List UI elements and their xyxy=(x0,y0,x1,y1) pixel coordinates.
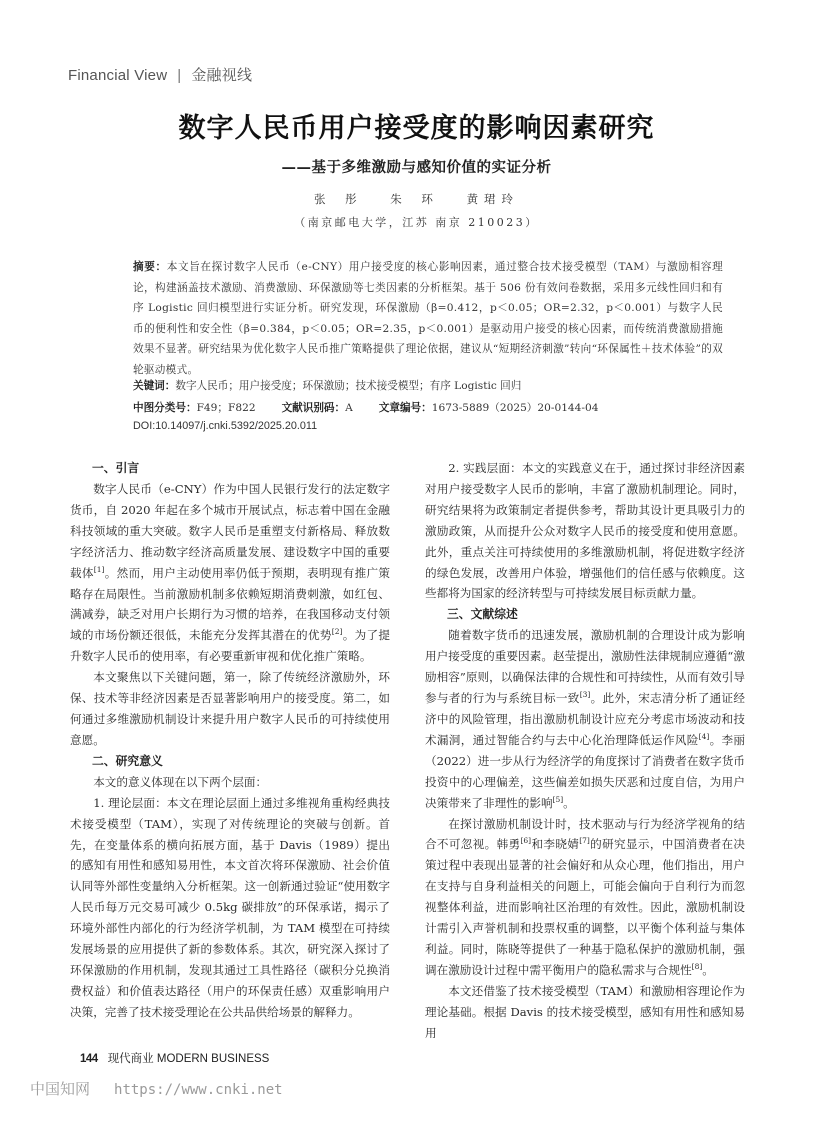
paragraph: 数字人民币（e-CNY）作为中国人民银行发行的法定数字货币，自 2020 年起在… xyxy=(70,479,390,667)
paragraph: 本文聚焦以下关键问题，第一，除了传统经济激励外，环保、技术等非经济因素是否显著影… xyxy=(70,667,390,751)
paragraph: 2. 实践层面：本文的实践意义在于，通过探讨非经济因素对用户接受数字人民币的影响… xyxy=(425,458,745,604)
paragraph: 本文还借鉴了技术接受模型（TAM）和激励相容理论作为理论基础。根据 Davis … xyxy=(425,981,745,1044)
article-no-label: 文章编号： xyxy=(379,402,432,414)
citation: [1] xyxy=(94,565,105,574)
body-column-right: 2. 实践层面：本文的实践意义在于，通过探讨非经济因素对用户接受数字人民币的影响… xyxy=(425,458,745,1043)
citation: [6] xyxy=(520,837,531,846)
citation: [5] xyxy=(553,795,564,804)
citation: [4] xyxy=(699,732,710,741)
abstract-label: 摘要： xyxy=(133,261,167,273)
keywords-text: 数字人民币；用户接受度；环保激励；技术接受模型；有序 Logistic 回归 xyxy=(175,380,521,392)
author: 黄珺玲 xyxy=(467,192,520,206)
citation: [2] xyxy=(332,627,343,636)
section-header: Financial View|金融视线 xyxy=(68,64,252,85)
clc-value: F49；F822 xyxy=(197,402,256,414)
body-column-left: 一、引言 数字人民币（e-CNY）作为中国人民银行发行的法定数字货币，自 202… xyxy=(70,458,390,1023)
article-title: 数字人民币用户接受度的影响因素研究 xyxy=(0,106,833,145)
section-name-cn: 金融视线 xyxy=(191,67,252,84)
section-name-en: Financial View xyxy=(68,67,167,84)
classification-line: 中图分类号：F49；F822文献识别码：A文章编号：1673-5889（2025… xyxy=(133,400,723,415)
section-heading: 二、研究意义 xyxy=(70,751,390,772)
clc-label: 中图分类号： xyxy=(133,402,197,414)
section-heading: 一、引言 xyxy=(70,458,390,479)
keywords-label: 关键词： xyxy=(133,380,175,392)
doc-code-value: A xyxy=(345,402,353,414)
keywords: 关键词：数字人民币；用户接受度；环保激励；技术接受模型；有序 Logistic … xyxy=(133,378,723,393)
citation: [8] xyxy=(692,962,703,971)
author: 朱 环 xyxy=(390,192,439,206)
citation: [3] xyxy=(580,690,591,699)
header-separator: | xyxy=(177,67,181,84)
watermark-site: 中国知网 xyxy=(30,1080,90,1098)
paragraph: 在探讨激励机制设计时，技术驱动与行为经济学视角的结合不可忽视。韩勇[6]和李晓婧… xyxy=(425,814,745,981)
abstract-text: 本文旨在探讨数字人民币（e-CNY）用户接受度的核心影响因素，通过整合技术接受模… xyxy=(133,261,723,376)
page-footer: 144现代商业 MODERN BUSINESS xyxy=(80,1050,269,1066)
abstract: 摘要：本文旨在探讨数字人民币（e-CNY）用户接受度的核心影响因素，通过整合技术… xyxy=(133,257,723,380)
author: 张 彤 xyxy=(314,192,363,206)
doc-code-label: 文献识别码： xyxy=(282,402,346,414)
page-number: 144 xyxy=(80,1053,98,1065)
journal-name: 现代商业 MODERN BUSINESS xyxy=(108,1053,270,1065)
paragraph: 本文的意义体现在以下两个层面： xyxy=(70,772,390,793)
affiliation: （南京邮电大学，江苏 南京 210023） xyxy=(0,214,833,230)
doi: DOI:10.14097/j.cnki.5392/2025.20.011 xyxy=(133,420,723,432)
author-list: 张 彤 朱 环 黄珺玲 xyxy=(0,191,833,207)
article-subtitle: ——基于多维激励与感知价值的实证分析 xyxy=(0,156,833,177)
watermark-url: https://www.cnki.net xyxy=(114,1082,283,1098)
watermark: 中国知网https://www.cnki.net xyxy=(30,1078,283,1099)
article-no-value: 1673-5889（2025）20-0144-04 xyxy=(432,402,599,414)
section-heading: 三、文献综述 xyxy=(425,604,745,625)
citation: [7] xyxy=(579,837,590,846)
paragraph: 1. 理论层面：本文在理论层面上通过多维视角重构经典技术接受模型（TAM），实现… xyxy=(70,793,390,1023)
paragraph: 随着数字货币的迅速发展，激励机制的合理设计成为影响用户接受度的重要因素。赵莹提出… xyxy=(425,625,745,813)
